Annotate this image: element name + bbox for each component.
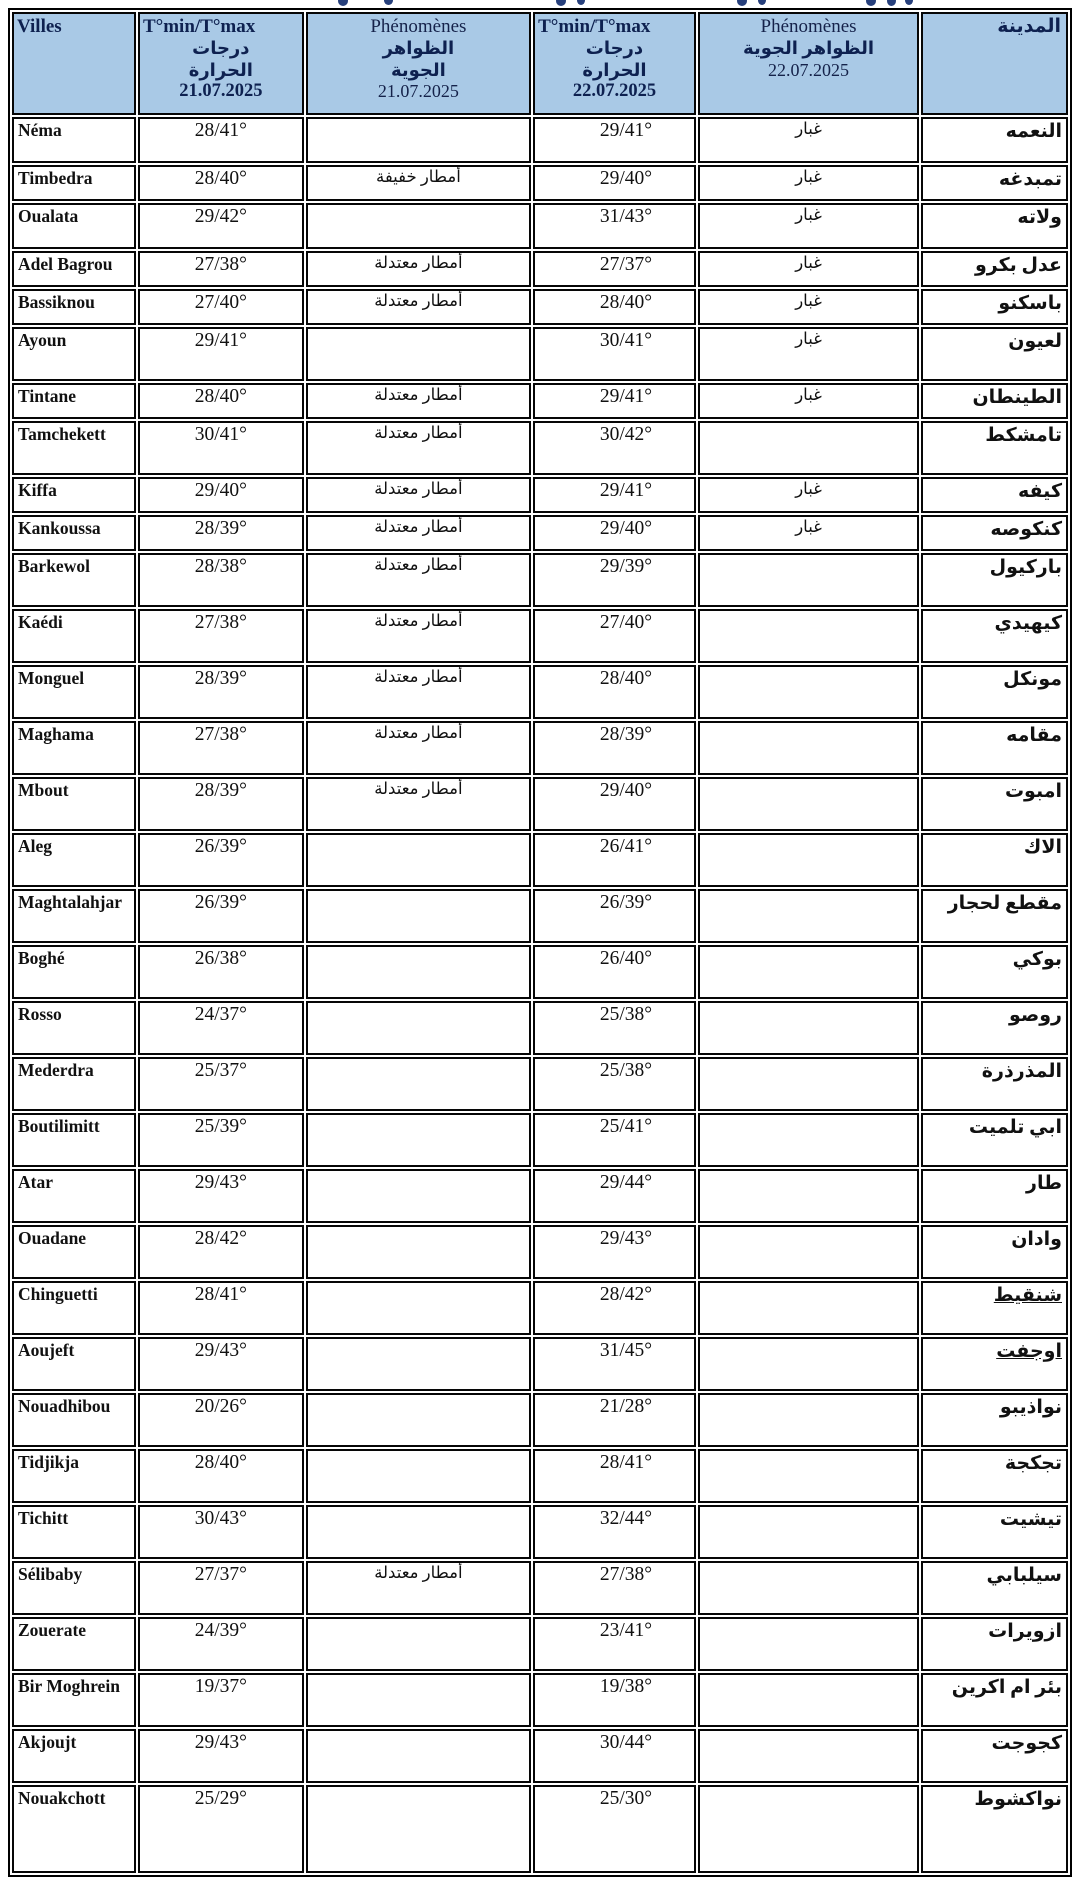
phenomena-day2 — [698, 1001, 919, 1055]
city-name-fr: Timbedra — [12, 165, 136, 201]
temp-day1: 28/40° — [138, 383, 304, 419]
city-name-ar: بئر ام اكرين — [921, 1673, 1068, 1727]
phenomena-day1: أمطار معتدلة — [306, 251, 531, 287]
city-name-fr: Tichitt — [12, 1505, 136, 1559]
phenomena-day1: أمطار معتدلة — [306, 515, 531, 551]
header-phen-day1: Phénomènes الظواهر الجوية 21.07.2025 — [306, 12, 531, 115]
temp-day2: 25/30° — [533, 1785, 696, 1873]
table-row: Mederdra 25/37° 25/38° المذرذرة — [12, 1057, 1068, 1111]
temp-day1: 27/38° — [138, 721, 304, 775]
city-name-ar: عدل بكرو — [921, 251, 1068, 287]
city-name-fr: Tintane — [12, 383, 136, 419]
phenomena-day1 — [306, 889, 531, 943]
city-name-ar: لعيون — [921, 327, 1068, 381]
table-row: Aleg 26/39° 26/41° الاك — [12, 833, 1068, 887]
city-name-ar: سيلبابي — [921, 1561, 1068, 1615]
city-name-fr: Zouerate — [12, 1617, 136, 1671]
temp-day2: 26/41° — [533, 833, 696, 887]
header-phen-day2-ar1: الظواهر الجوية — [703, 38, 914, 59]
table-row: Kiffa 29/40° أمطار معتدلة 29/41° غبار كي… — [12, 477, 1068, 513]
city-name-fr: Rosso — [12, 1001, 136, 1055]
phenomena-day2 — [698, 1673, 919, 1727]
city-name-ar: تجكجة — [921, 1449, 1068, 1503]
phenomena-day2 — [698, 777, 919, 831]
temp-day1: 28/38° — [138, 553, 304, 607]
city-name-fr: Adel Bagrou — [12, 251, 136, 287]
temp-day1: 29/42° — [138, 203, 304, 249]
temp-day2: 28/42° — [533, 1281, 696, 1335]
temp-day1: 28/41° — [138, 117, 304, 163]
city-name-fr: Chinguetti — [12, 1281, 136, 1335]
temp-day1: 29/43° — [138, 1337, 304, 1391]
phenomena-day1: أمطار معتدلة — [306, 609, 531, 663]
temp-day2: 29/41° — [533, 383, 696, 419]
city-name-ar: كجوجت — [921, 1729, 1068, 1783]
table-row: Bassiknou 27/40° أمطار معتدلة 28/40° غبا… — [12, 289, 1068, 325]
phenomena-day2 — [698, 1225, 919, 1279]
city-name-ar: مونكل — [921, 665, 1068, 719]
temp-day1: 28/40° — [138, 165, 304, 201]
city-name-fr: Aoujeft — [12, 1337, 136, 1391]
city-name-ar: باركيول — [921, 553, 1068, 607]
city-name-ar: مقطع لحجار — [921, 889, 1068, 943]
temp-day1: 20/26° — [138, 1393, 304, 1447]
temp-day1: 28/41° — [138, 1281, 304, 1335]
city-name-fr: Bassiknou — [12, 289, 136, 325]
temp-day1: 25/37° — [138, 1057, 304, 1111]
temp-day1: 30/41° — [138, 421, 304, 475]
phenomena-day1 — [306, 1057, 531, 1111]
city-name-fr: Ouadane — [12, 1225, 136, 1279]
temp-day1: 29/41° — [138, 327, 304, 381]
table-row: Bir Moghrein 19/37° 19/38° بئر ام اكرين — [12, 1673, 1068, 1727]
city-name-fr: Kankoussa — [12, 515, 136, 551]
city-name-ar: الطينطان — [921, 383, 1068, 419]
phenomena-day1 — [306, 1281, 531, 1335]
table-row: Mbout 28/39° أمطار معتدلة 29/40° امبوت — [12, 777, 1068, 831]
temp-day1: 24/37° — [138, 1001, 304, 1055]
header-temp-day2-ar2: الحرارة — [538, 60, 691, 81]
header-temp-day1-ar2: الحرارة — [143, 60, 299, 81]
city-name-fr: Nouakchott — [12, 1785, 136, 1873]
city-name-fr: Nouadhibou — [12, 1393, 136, 1447]
phenomena-day2 — [698, 553, 919, 607]
phenomena-day2 — [698, 1281, 919, 1335]
temp-day2: 28/40° — [533, 289, 696, 325]
city-name-ar: النعمه — [921, 117, 1068, 163]
temp-day2: 29/40° — [533, 165, 696, 201]
phenomena-day1: أمطار معتدلة — [306, 721, 531, 775]
header-temp-day1-ar1: درجات — [143, 38, 299, 59]
city-name-ar: اوجفت — [921, 1337, 1068, 1391]
header-temp-day2: T°min/T°max درجات الحرارة 22.07.2025 — [533, 12, 696, 115]
table-row: Tidjikja 28/40° 28/41° تجكجة — [12, 1449, 1068, 1503]
city-name-fr: Maghama — [12, 721, 136, 775]
header-temp-day1-title: T°min/T°max — [143, 16, 299, 38]
phenomena-day1 — [306, 1505, 531, 1559]
header-phen-day2: Phénomènes الظواهر الجوية 22.07.2025 — [698, 12, 919, 115]
table-row: Adel Bagrou 27/38° أمطار معتدلة 27/37° غ… — [12, 251, 1068, 287]
header-villes: Villes — [12, 12, 136, 115]
table-row: Ayoun 29/41° 30/41° غبار لعيون — [12, 327, 1068, 381]
phenomena-day1: أمطار معتدلة — [306, 383, 531, 419]
phenomena-day2 — [698, 1169, 919, 1223]
city-name-fr: Kiffa — [12, 477, 136, 513]
temp-day2: 25/38° — [533, 1001, 696, 1055]
phenomena-day1 — [306, 833, 531, 887]
phenomena-day1: أمطار خفيفة — [306, 165, 531, 201]
phenomena-day2 — [698, 1449, 919, 1503]
table-row: Kaédi 27/38° أمطار معتدلة 27/40° كيهيدي — [12, 609, 1068, 663]
city-name-ar: ازويرات — [921, 1617, 1068, 1671]
phenomena-day2: غبار — [698, 327, 919, 381]
phenomena-day1 — [306, 1001, 531, 1055]
phenomena-day1 — [306, 1617, 531, 1671]
temp-day2: 27/38° — [533, 1561, 696, 1615]
city-name-fr: Néma — [12, 117, 136, 163]
phenomena-day2 — [698, 1113, 919, 1167]
phenomena-day1 — [306, 117, 531, 163]
city-name-ar: مقامه — [921, 721, 1068, 775]
phenomena-day1 — [306, 1113, 531, 1167]
phenomena-day1 — [306, 327, 531, 381]
phenomena-day2 — [698, 1337, 919, 1391]
temp-day2: 25/38° — [533, 1057, 696, 1111]
temp-day1: 27/38° — [138, 251, 304, 287]
table-row: Atar 29/43° 29/44° طار — [12, 1169, 1068, 1223]
phenomena-day1: أمطار معتدلة — [306, 421, 531, 475]
phenomena-day2 — [698, 1617, 919, 1671]
header-temp-day1-date: 21.07.2025 — [143, 81, 299, 103]
city-name-ar: تامشكط — [921, 421, 1068, 475]
phenomena-day2: غبار — [698, 117, 919, 163]
table-row: Zouerate 24/39° 23/41° ازويرات — [12, 1617, 1068, 1671]
temp-day1: 28/39° — [138, 515, 304, 551]
header-phen-day1-title: Phénomènes — [311, 16, 526, 38]
header-phen-day1-ar1: الظواهر — [311, 38, 526, 59]
table-row: Monguel 28/39° أمطار معتدلة 28/40° مونكل — [12, 665, 1068, 719]
temp-day2: 29/39° — [533, 553, 696, 607]
phenomena-day2: غبار — [698, 515, 919, 551]
header-temp-day2-title: T°min/T°max — [538, 16, 691, 38]
phenomena-day1 — [306, 1673, 531, 1727]
temp-day1: 27/37° — [138, 1561, 304, 1615]
temp-day2: 27/40° — [533, 609, 696, 663]
phenomena-day2 — [698, 721, 919, 775]
city-name-fr: Bir Moghrein — [12, 1673, 136, 1727]
city-name-fr: Atar — [12, 1169, 136, 1223]
phenomena-day2: غبار — [698, 251, 919, 287]
temp-day1: 29/43° — [138, 1729, 304, 1783]
table-row: Néma 28/41° 29/41° غبار النعمه — [12, 117, 1068, 163]
temp-day1: 30/43° — [138, 1505, 304, 1559]
temp-day1: 26/39° — [138, 833, 304, 887]
cutoff-title-fragment — [0, 0, 1090, 8]
phenomena-day1 — [306, 1729, 531, 1783]
city-name-fr: Maghtalahjar — [12, 889, 136, 943]
temp-day2: 29/40° — [533, 777, 696, 831]
temp-day1: 29/43° — [138, 1169, 304, 1223]
table-row: Boutilimitt 25/39° 25/41° ابي تلميت — [12, 1113, 1068, 1167]
city-name-fr: Kaédi — [12, 609, 136, 663]
table-row: Maghtalahjar 26/39° 26/39° مقطع لحجار — [12, 889, 1068, 943]
phenomena-day2 — [698, 945, 919, 999]
temp-day2: 30/42° — [533, 421, 696, 475]
header-phen-day2-title: Phénomènes — [703, 16, 914, 38]
phenomena-day2 — [698, 1729, 919, 1783]
table-row: Tamchekett 30/41° أمطار معتدلة 30/42° تا… — [12, 421, 1068, 475]
table-row: Nouakchott 25/29° 25/30° نواكشوط — [12, 1785, 1068, 1873]
temp-day2: 23/41° — [533, 1617, 696, 1671]
table-row: Tintane 28/40° أمطار معتدلة 29/41° غبار … — [12, 383, 1068, 419]
phenomena-day2: غبار — [698, 165, 919, 201]
table-row: Boghé 26/38° 26/40° بوكي — [12, 945, 1068, 999]
temp-day1: 24/39° — [138, 1617, 304, 1671]
temp-day1: 28/42° — [138, 1225, 304, 1279]
table-row: Chinguetti 28/41° 28/42° شنقيط — [12, 1281, 1068, 1335]
phenomena-day1 — [306, 1785, 531, 1873]
header-temp-day2-date: 22.07.2025 — [538, 81, 691, 103]
temp-day1: 26/39° — [138, 889, 304, 943]
temp-day2: 29/41° — [533, 477, 696, 513]
phenomena-day1 — [306, 1337, 531, 1391]
phenomena-day1 — [306, 203, 531, 249]
phenomena-day1 — [306, 1393, 531, 1447]
table-row: Timbedra 28/40° أمطار خفيفة 29/40° غبار … — [12, 165, 1068, 201]
phenomena-day1 — [306, 1169, 531, 1223]
table-row: Oualata 29/42° 31/43° غبار ولاته — [12, 203, 1068, 249]
temp-day1: 27/40° — [138, 289, 304, 325]
phenomena-day2: غبار — [698, 383, 919, 419]
phenomena-day2 — [698, 1561, 919, 1615]
city-name-ar: امبوت — [921, 777, 1068, 831]
phenomena-day2 — [698, 1057, 919, 1111]
table-row: Aoujeft 29/43° 31/45° اوجفت — [12, 1337, 1068, 1391]
table-row: Akjoujt 29/43° 30/44° كجوجت — [12, 1729, 1068, 1783]
city-name-fr: Tidjikja — [12, 1449, 136, 1503]
city-name-ar: الاك — [921, 833, 1068, 887]
city-name-fr: Oualata — [12, 203, 136, 249]
city-name-ar: تيشيت — [921, 1505, 1068, 1559]
city-name-fr: Mederdra — [12, 1057, 136, 1111]
phenomena-day1 — [306, 1449, 531, 1503]
temp-day2: 31/43° — [533, 203, 696, 249]
table-row: Ouadane 28/42° 29/43° وادان — [12, 1225, 1068, 1279]
table-row: Nouadhibou 20/26° 21/28° نواذيبو — [12, 1393, 1068, 1447]
header-temp-day2-ar1: درجات — [538, 38, 691, 59]
city-name-ar: تمبدغه — [921, 165, 1068, 201]
temp-day1: 25/29° — [138, 1785, 304, 1873]
temp-day2: 29/43° — [533, 1225, 696, 1279]
header-phen-day2-date: 22.07.2025 — [703, 60, 914, 81]
temp-day1: 27/38° — [138, 609, 304, 663]
temp-day1: 29/40° — [138, 477, 304, 513]
phenomena-day1 — [306, 1225, 531, 1279]
phenomena-day2 — [698, 1505, 919, 1559]
city-name-ar: نواكشوط — [921, 1785, 1068, 1873]
city-name-fr: Ayoun — [12, 327, 136, 381]
header-row: Villes T°min/T°max درجات الحرارة 21.07.2… — [12, 12, 1068, 115]
city-name-fr: Aleg — [12, 833, 136, 887]
temp-day2: 26/39° — [533, 889, 696, 943]
phenomena-day2 — [698, 665, 919, 719]
weather-bulletin-page: Villes T°min/T°max درجات الحرارة 21.07.2… — [0, 0, 1090, 1900]
temp-day1: 19/37° — [138, 1673, 304, 1727]
phenomena-day2 — [698, 1393, 919, 1447]
table-row: Maghama 27/38° أمطار معتدلة 28/39° مقامه — [12, 721, 1068, 775]
temp-day2: 28/39° — [533, 721, 696, 775]
temp-day1: 28/40° — [138, 1449, 304, 1503]
city-name-ar: كنكوصه — [921, 515, 1068, 551]
phenomena-day2 — [698, 889, 919, 943]
temp-day1: 26/38° — [138, 945, 304, 999]
phenomena-day1 — [306, 945, 531, 999]
city-name-fr: Mbout — [12, 777, 136, 831]
city-name-fr: Monguel — [12, 665, 136, 719]
header-city-ar: المدينة — [921, 12, 1068, 115]
city-name-ar: شنقيط — [921, 1281, 1068, 1335]
city-name-ar: ابي تلميت — [921, 1113, 1068, 1167]
temp-day2: 28/41° — [533, 1449, 696, 1503]
city-name-ar: روصو — [921, 1001, 1068, 1055]
temp-day2: 29/44° — [533, 1169, 696, 1223]
city-name-ar: بوكي — [921, 945, 1068, 999]
city-name-fr: Barkewol — [12, 553, 136, 607]
city-name-ar: نواذيبو — [921, 1393, 1068, 1447]
temp-day2: 31/45° — [533, 1337, 696, 1391]
phenomena-day2 — [698, 833, 919, 887]
temp-day1: 28/39° — [138, 665, 304, 719]
city-name-fr: Boghé — [12, 945, 136, 999]
city-name-fr: Akjoujt — [12, 1729, 136, 1783]
city-name-fr: Boutilimitt — [12, 1113, 136, 1167]
phenomena-day2: غبار — [698, 289, 919, 325]
temp-day2: 21/28° — [533, 1393, 696, 1447]
table-row: Barkewol 28/38° أمطار معتدلة 29/39° بارك… — [12, 553, 1068, 607]
phenomena-day1: أمطار معتدلة — [306, 477, 531, 513]
phenomena-day2: غبار — [698, 203, 919, 249]
phenomena-day2: غبار — [698, 477, 919, 513]
city-name-fr: Tamchekett — [12, 421, 136, 475]
temp-day2: 30/44° — [533, 1729, 696, 1783]
temp-day2: 25/41° — [533, 1113, 696, 1167]
table-row: Sélibaby 27/37° أمطار معتدلة 27/38° سيلب… — [12, 1561, 1068, 1615]
phenomena-day2 — [698, 421, 919, 475]
temp-day1: 28/39° — [138, 777, 304, 831]
temp-day2: 27/37° — [533, 251, 696, 287]
city-name-fr: Sélibaby — [12, 1561, 136, 1615]
weather-table: Villes T°min/T°max درجات الحرارة 21.07.2… — [8, 8, 1072, 1877]
phenomena-day1: أمطار معتدلة — [306, 553, 531, 607]
temp-day2: 19/38° — [533, 1673, 696, 1727]
table-row: Kankoussa 28/39° أمطار معتدلة 29/40° غبا… — [12, 515, 1068, 551]
temp-day2: 32/44° — [533, 1505, 696, 1559]
city-name-ar: ولاته — [921, 203, 1068, 249]
temp-day2: 29/41° — [533, 117, 696, 163]
header-phen-day1-date: 21.07.2025 — [311, 81, 526, 102]
city-name-ar: كيهيدي — [921, 609, 1068, 663]
phenomena-day1: أمطار معتدلة — [306, 665, 531, 719]
temp-day1: 25/39° — [138, 1113, 304, 1167]
phenomena-day1: أمطار معتدلة — [306, 777, 531, 831]
city-name-ar: باسكنو — [921, 289, 1068, 325]
phenomena-day2 — [698, 1785, 919, 1873]
table-row: Tichitt 30/43° 32/44° تيشيت — [12, 1505, 1068, 1559]
city-name-ar: طار — [921, 1169, 1068, 1223]
city-name-ar: وادان — [921, 1225, 1068, 1279]
temp-day2: 29/40° — [533, 515, 696, 551]
phenomena-day1: أمطار معتدلة — [306, 289, 531, 325]
header-temp-day1: T°min/T°max درجات الحرارة 21.07.2025 — [138, 12, 304, 115]
phenomena-day1: أمطار معتدلة — [306, 1561, 531, 1615]
temp-day2: 28/40° — [533, 665, 696, 719]
header-phen-day1-ar2: الجوية — [311, 60, 526, 81]
city-name-ar: المذرذرة — [921, 1057, 1068, 1111]
phenomena-day2 — [698, 609, 919, 663]
table-row: Rosso 24/37° 25/38° روصو — [12, 1001, 1068, 1055]
temp-day2: 26/40° — [533, 945, 696, 999]
city-name-ar: كيفه — [921, 477, 1068, 513]
temp-day2: 30/41° — [533, 327, 696, 381]
